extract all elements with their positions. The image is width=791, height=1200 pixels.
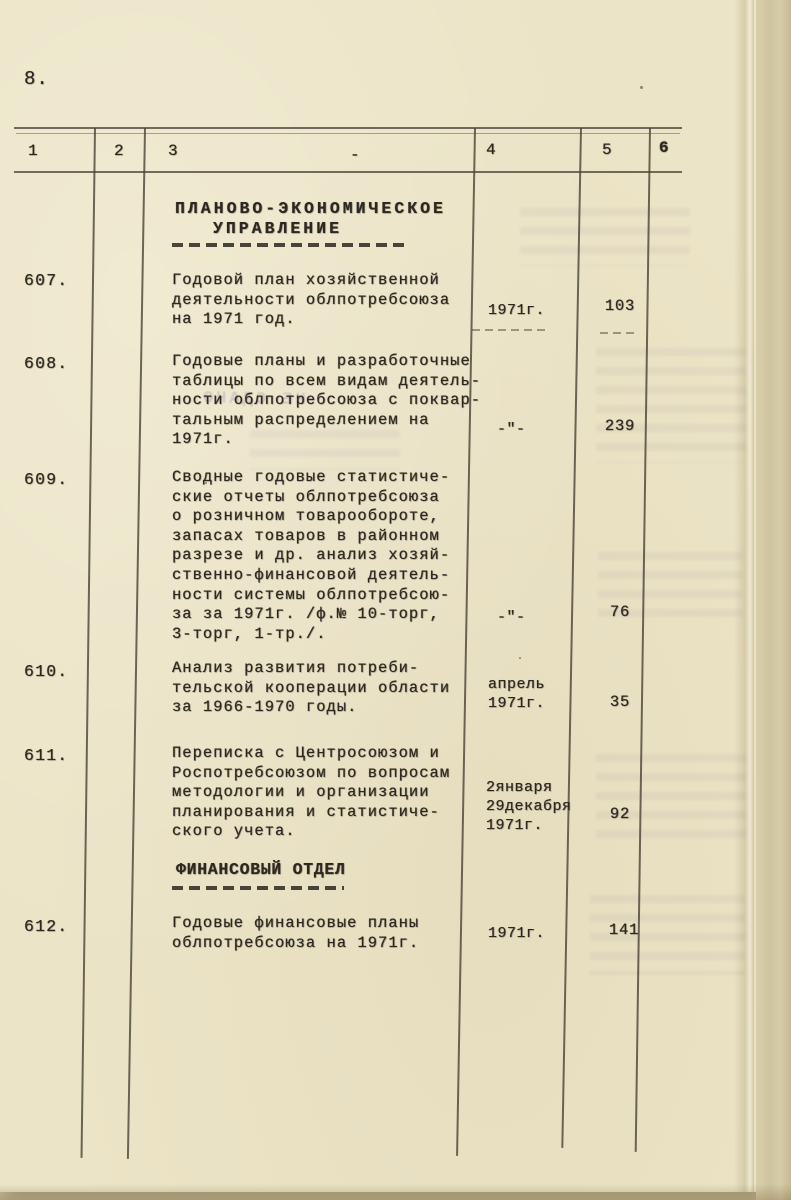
- row-number: 609.: [24, 470, 68, 489]
- page-fold-shadow: [734, 0, 754, 1192]
- description-line: за 1966-1970 годы.: [172, 698, 450, 718]
- date-line: 1971г.: [488, 301, 545, 320]
- description-line: таблицы по всем видам деятель-: [172, 372, 481, 392]
- section-underline: [172, 886, 344, 890]
- page-edge-bottom: [0, 1184, 791, 1200]
- description-line: Роспотребсоюзом по вопросам: [172, 764, 450, 784]
- row-date: 1971г.: [488, 924, 545, 943]
- bleed-through-block: [596, 754, 746, 839]
- column-header-3: 3: [168, 142, 179, 160]
- date-line: 1971г.: [486, 816, 572, 835]
- header-stray-dash: -: [350, 146, 361, 164]
- description-line: разрезе и др. анализ хозяй-: [172, 546, 450, 566]
- description-line: ности системы облпотребсою-: [172, 586, 450, 606]
- paper-speck: [519, 657, 521, 659]
- description-line: облпотребсоюза на 1971г.: [172, 934, 419, 954]
- description-line: Годовые финансовые планы: [172, 914, 419, 934]
- description-line: методологии и организации: [172, 783, 450, 803]
- section-underline: [172, 243, 404, 247]
- row-description: Годовой план хозяйственной деятельности …: [172, 271, 450, 330]
- description-line: ские отчеты облпотребсоюза: [172, 488, 450, 508]
- paper-speck: [205, 482, 207, 484]
- row-description: Годовые планы и разработочные таблицы по…: [172, 352, 481, 450]
- description-line: о розничном товарообороте,: [172, 507, 450, 527]
- row-sheet-count: 141: [594, 921, 654, 939]
- table-rule-header-bottom: [14, 171, 682, 173]
- date-line: 1971г.: [488, 924, 545, 943]
- description-line: 3-торг, 1-тр./.: [172, 625, 450, 645]
- description-line: 1971г.: [172, 430, 481, 450]
- date-line: -"-: [497, 420, 526, 439]
- row-sheet-count: 103: [590, 297, 650, 315]
- description-line: тальным распределением на: [172, 411, 481, 431]
- row-sheet-count: 35: [590, 693, 650, 711]
- scanned-document-page: НЕ СДАНО 8. 1 2 3 - 4 5 6 ПЛАНОВО-ЭКОНОМ…: [0, 0, 791, 1200]
- column-header-6: 6: [659, 139, 670, 157]
- description-line: Анализ развития потреби-: [172, 659, 450, 679]
- row-description: Сводные годовые статистиче- ские отчеты …: [172, 468, 450, 644]
- description-line: ности облпотребсоюза с поквар-: [172, 391, 481, 411]
- row-description: Переписка с Центросоюзом и Роспотребсоюз…: [172, 744, 450, 842]
- row-sheet-count: 239: [590, 417, 650, 435]
- row-number: 611.: [24, 746, 68, 765]
- row-number: 607.: [24, 271, 68, 290]
- column-header-4: 4: [486, 141, 497, 159]
- description-line: ственно-финансовой деятель-: [172, 566, 450, 586]
- date-line: апрель: [488, 675, 545, 694]
- row-sheet-count: 92: [590, 805, 650, 823]
- paper-speck: [640, 86, 643, 89]
- section-title-line: ПЛАНОВО-ЭКОНОМИЧЕСКОЕ: [175, 199, 446, 218]
- faint-dash-mark: [472, 329, 550, 331]
- date-line: 29декабря: [486, 797, 572, 816]
- column-header-2: 2: [114, 142, 125, 160]
- row-date: -"-: [497, 420, 526, 439]
- description-line: на 1971 год.: [172, 310, 450, 330]
- row-sheet-count: 76: [590, 603, 650, 621]
- description-line: тельской кооперации области: [172, 679, 450, 699]
- row-date: -"-: [497, 608, 526, 627]
- description-line: ского учета.: [172, 822, 450, 842]
- row-description: Анализ развития потреби- тельской коопер…: [172, 659, 450, 718]
- description-line: Переписка с Центросоюзом и: [172, 744, 450, 764]
- description-line: Годовой план хозяйственной: [172, 271, 450, 291]
- row-number: 608.: [24, 354, 68, 373]
- row-number: 610.: [24, 662, 68, 681]
- description-line: запасах товаров в районном: [172, 527, 450, 547]
- row-date: 1971г.: [488, 301, 545, 320]
- date-line: -"-: [497, 608, 526, 627]
- column-header-1: 1: [28, 142, 39, 160]
- date-line: 2января: [486, 778, 572, 797]
- row-description: Годовые финансовые планы облпотребсоюза …: [172, 914, 419, 953]
- row-number: 612.: [24, 917, 68, 936]
- date-line: 1971г.: [488, 694, 545, 713]
- description-line: за за 1971г. /ф.№ 10-торг,: [172, 605, 450, 625]
- table-rule-top: [14, 127, 682, 129]
- description-line: Сводные годовые статистиче-: [172, 468, 450, 488]
- section-title-line: ФИНАНСОВЫЙ ОТДЕЛ: [176, 860, 346, 879]
- section-title-line: УПРАВЛЕНИЕ: [213, 219, 342, 238]
- description-line: планирования и статистиче-: [172, 803, 450, 823]
- description-line: деятельности облпотребсоюза: [172, 291, 450, 311]
- page-number: 8.: [24, 68, 49, 90]
- column-header-5: 5: [602, 141, 613, 159]
- description-line: Годовые планы и разработочные: [172, 352, 481, 372]
- bleed-through-block: [520, 208, 690, 266]
- page-edge-right: [756, 0, 791, 1200]
- bleed-through-block: [596, 348, 746, 463]
- row-date: 2января 29декабря 1971г.: [486, 778, 572, 835]
- row-date: апрель 1971г.: [488, 675, 545, 713]
- faint-dash-mark: [600, 332, 634, 334]
